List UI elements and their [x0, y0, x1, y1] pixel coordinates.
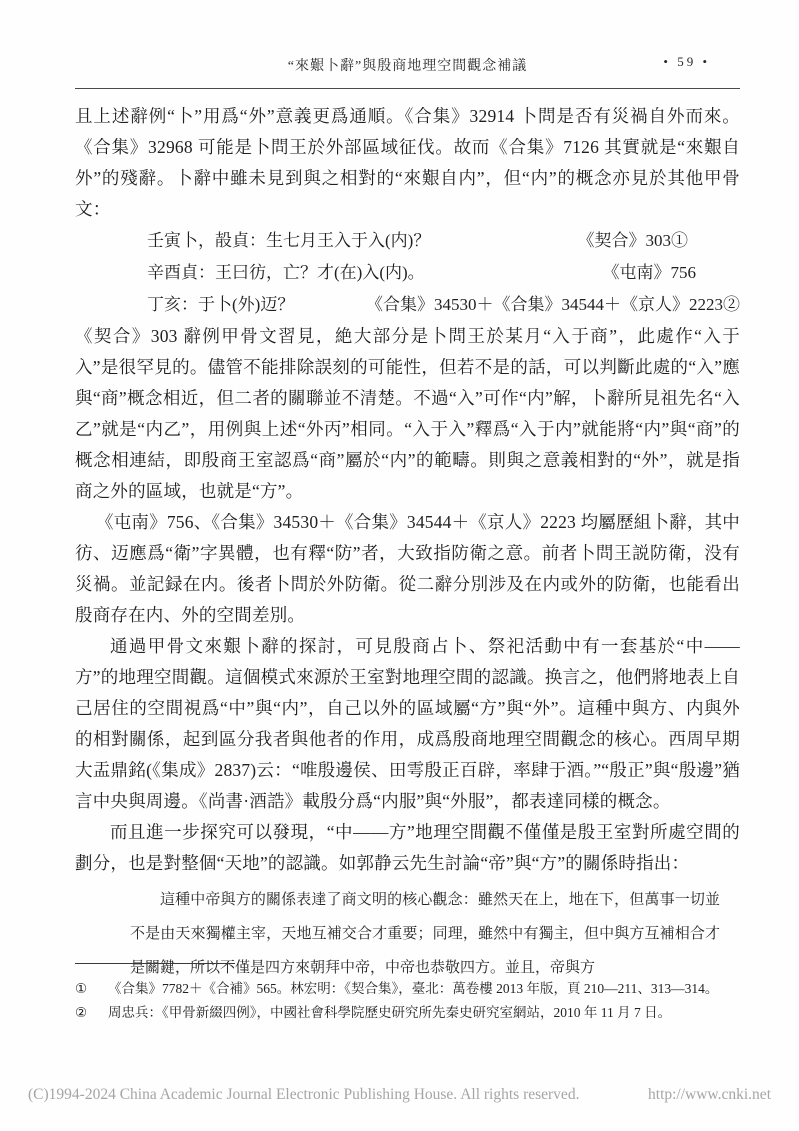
footnote-marker: ②	[75, 1002, 108, 1024]
copyright-text: (C)1994-2024 China Academic Journal Elec…	[28, 1086, 579, 1104]
paragraph: 《契合》303 辭例甲骨文習見，絶大部分是卜問王於某月“入于商”，此處作“入于入…	[75, 321, 740, 507]
page-footer: (C)1994-2024 China Academic Journal Elec…	[28, 1086, 771, 1104]
paragraph: 而且進一步探究可以發現，“中——方”地理空間觀不僅僅是殷王室對所處空間的劃分，也…	[75, 817, 740, 879]
footnote: ② 周忠兵：《甲骨新綴四例》，中國社會科學院歷史研究所先秦史研究室網站，2010…	[75, 1002, 740, 1024]
oracle-quote-block: 壬寅卜，㱿貞：生七月王入于入(内)？ 《契合》303① 辛酉貞：王曰彷，亡𡆥？才…	[75, 225, 740, 321]
text-column: “來艱卜辭”與殷商地理空間觀念補議 • 59 • 且上述辭例“卜”用爲“外”意義…	[75, 42, 740, 985]
footnote-marker: ①	[75, 978, 108, 1000]
page-title: “來艱卜辭”與殷商地理空間觀念補議	[75, 55, 740, 75]
oracle-quote-source: 《屯南》756	[603, 257, 697, 289]
oracle-quote-source: 《合集》34530＋《合集》34544＋《京人》2223②	[366, 289, 740, 321]
oracle-quote-line: 壬寅卜，㱿貞：生七月王入于入(内)？ 《契合》303①	[147, 225, 740, 257]
footnote-text: 《合集》7782＋《合補》565。林宏明：《契合集》，臺北：萬卷樓 2013 年…	[108, 978, 740, 1000]
page-number: • 59 •	[663, 54, 710, 70]
oracle-quote-line: 丁亥：于卜(外)迈？ 《合集》34530＋《合集》34544＋《京人》2223②	[147, 289, 740, 321]
oracle-quote-source: 《契合》303①	[578, 225, 689, 257]
footnote: ① 《合集》7782＋《合補》565。林宏明：《契合集》，臺北：萬卷樓 2013…	[75, 978, 740, 1000]
oracle-quote-text: 辛酉貞：王曰彷，亡𡆥？才(在)入(内)。	[147, 257, 425, 289]
paper-page: “來艱卜辭”與殷商地理空間觀念補議 • 59 • 且上述辭例“卜”用爲“外”意義…	[0, 0, 799, 1131]
footer-url: http://www.cnki.net	[648, 1086, 771, 1104]
running-header: “來艱卜辭”與殷商地理空間觀念補議 • 59 •	[75, 42, 740, 89]
footnote-separator	[75, 963, 235, 964]
oracle-quote-text: 丁亥：于卜(外)迈？	[147, 289, 294, 321]
paragraph: 通過甲骨文來艱卜辭的探討，可見殷商占卜、祭祀活動中有一套基於“中——方”的地理空…	[75, 631, 740, 817]
oracle-quote-text: 壬寅卜，㱿貞：生七月王入于入(内)？	[147, 225, 430, 257]
paragraph: 《屯南》756、《合集》34530＋《合集》34544＋《京人》2223 均屬歷…	[75, 507, 740, 631]
footnote-text: 周忠兵：《甲骨新綴四例》，中國社會科學院歷史研究所先秦史研究室網站，2010 年…	[108, 1002, 740, 1024]
footnotes: ① 《合集》7782＋《合補》565。林宏明：《契合集》，臺北：萬卷樓 2013…	[75, 963, 740, 1026]
oracle-quote-line: 辛酉貞：王曰彷，亡𡆥？才(在)入(内)。 《屯南》756	[147, 257, 740, 289]
paragraph: 且上述辭例“卜”用爲“外”意義更爲通順。《合集》32914 卜問是否有災禍自外而…	[75, 101, 740, 225]
